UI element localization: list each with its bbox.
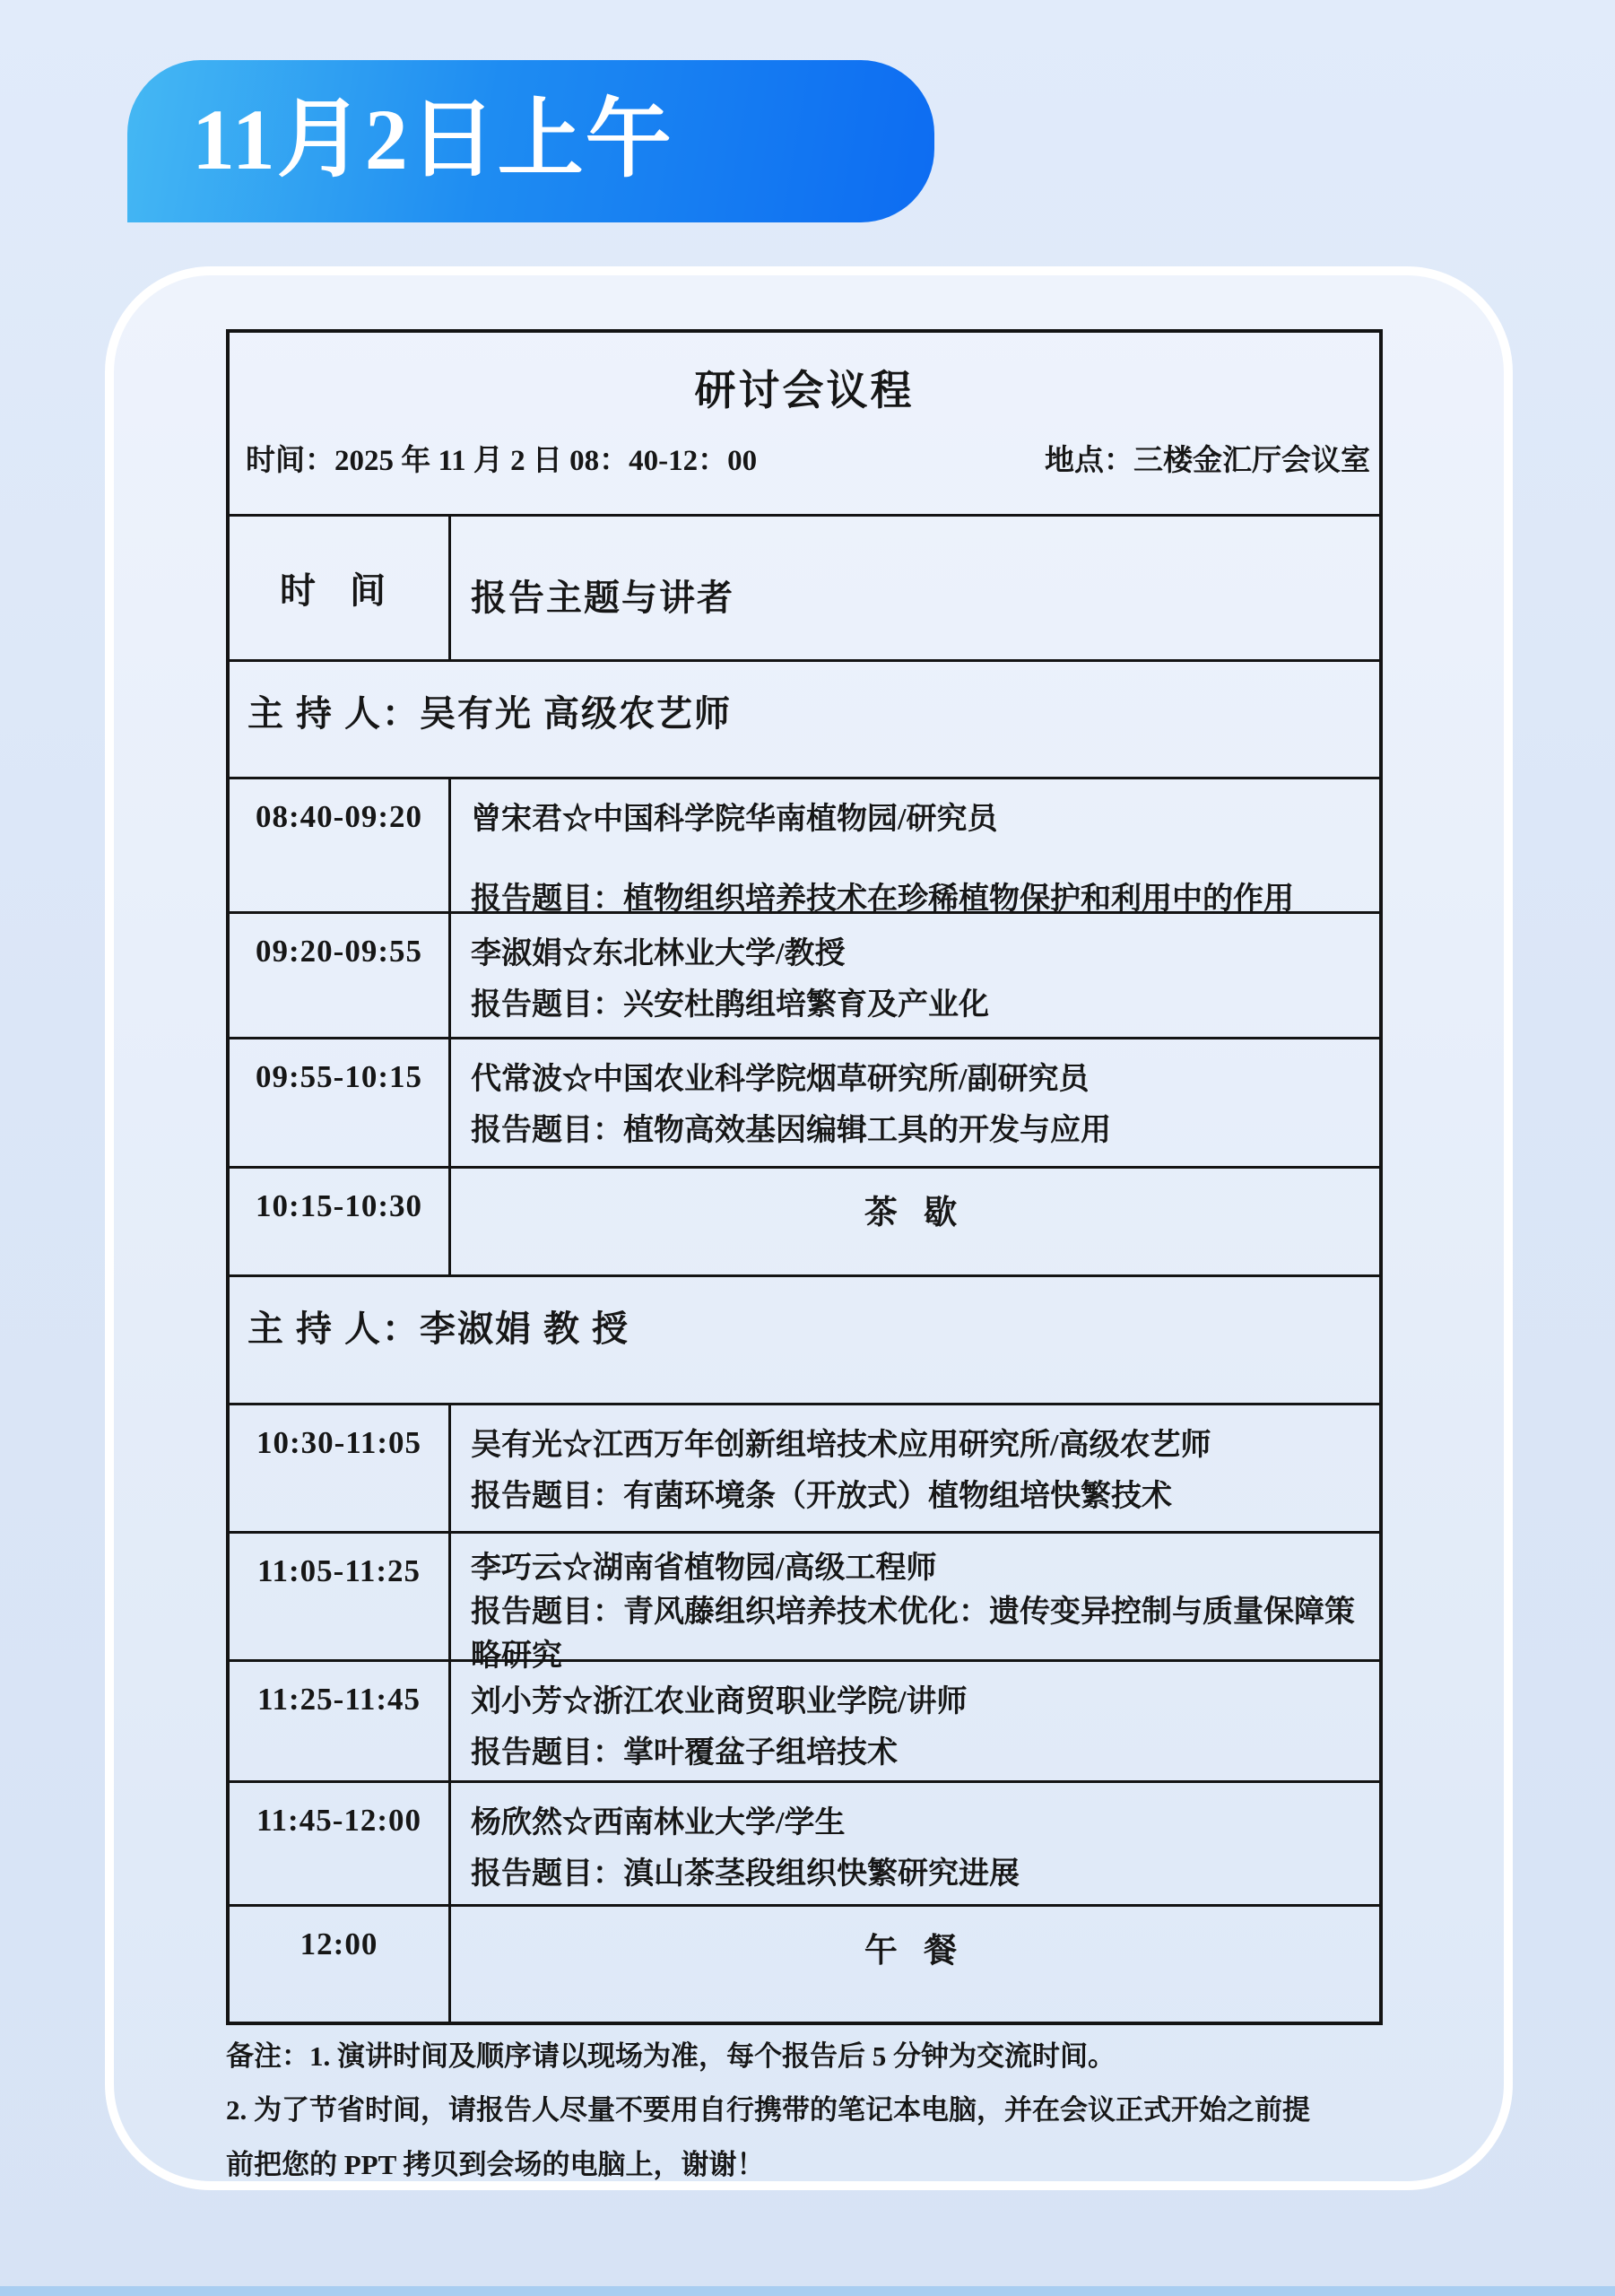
agenda-card: 研讨会议程 时间：2025 年 11 月 2 日 08：40-12：00 地点：… (105, 266, 1513, 2190)
session-speaker: 曾宋君☆中国科学院华南植物园/研究员 (471, 794, 1359, 838)
note-line: 备注：1. 演讲时间及顺序请以现场为准，每个报告后 5 分钟为交流时间。 (226, 2030, 1410, 2083)
date-badge: 11月2日上午 (127, 60, 934, 222)
session-content: 杨欣然☆西南林业大学/学生 报告题目：滇山茶茎段组织快繁研究进展 (451, 1783, 1379, 1904)
table-header-cell: 研讨会议程 时间：2025 年 11 月 2 日 08：40-12：00 地点：… (230, 333, 1379, 514)
agenda-meta: 时间：2025 年 11 月 2 日 08：40-12：00 地点：三楼金汇厅会… (230, 437, 1379, 479)
table-row: 11:25-11:45 刘小芳☆浙江农业商贸职业学院/讲师 报告题目：掌叶覆盆子… (230, 1659, 1379, 1780)
session-topic: 报告题目：植物高效基因编辑工具的开发与应用 (471, 1109, 1359, 1152)
note-line: 2. 为了节省时间，请报告人尽量不要用自行携带的笔记本电脑，并在会议正式开始之前… (226, 2083, 1410, 2137)
table-row: 10:30-11:05 吴有光☆江西万年创新组培技术应用研究所/高级农艺师 报告… (230, 1403, 1379, 1531)
column-header-topic: 报告主题与讲者 (451, 517, 1379, 659)
session-content: 吴有光☆江西万年创新组培技术应用研究所/高级农艺师 报告题目：有菌环境条（开放式… (451, 1405, 1379, 1531)
session-speaker: 杨欣然☆西南林业大学/学生 (471, 1797, 1359, 1841)
session-speaker: 吴有光☆江西万年创新组培技术应用研究所/高级农艺师 (471, 1420, 1359, 1464)
bottom-strip (0, 2286, 1615, 2296)
column-header-time: 时 间 (230, 517, 451, 659)
session-topic: 报告题目：掌叶覆盆子组培技术 (471, 1731, 1359, 1775)
table-row: 09:20-09:55 李淑娟☆东北林业大学/教授 报告题目：兴安杜鹃组培繁育及… (230, 911, 1379, 1037)
column-header-row: 时 间 报告主题与讲者 (230, 514, 1379, 659)
session-content: 李巧云☆湖南省植物园/高级工程师 报告题目：青风藤组织培养技术优化：遗传变异控制… (451, 1534, 1379, 1659)
moderator-label: 主 持 人：李淑娟 教 授 (230, 1277, 630, 1403)
break-label: 茶 歇 (451, 1169, 1379, 1274)
agenda-table: 研讨会议程 时间：2025 年 11 月 2 日 08：40-12：00 地点：… (226, 329, 1383, 2025)
agenda-time: 时间：2025 年 11 月 2 日 08：40-12：00 (246, 437, 757, 479)
session-time: 11:25-11:45 (230, 1662, 451, 1780)
agenda-location: 地点：三楼金汇厅会议室 (1045, 437, 1370, 479)
session-topic: 报告题目：滇山茶茎段组织快繁研究进展 (471, 1852, 1359, 1896)
session-speaker: 刘小芳☆浙江农业商贸职业学院/讲师 (471, 1676, 1359, 1720)
session-content: 代常波☆中国农业科学院烟草研究所/副研究员 报告题目：植物高效基因编辑工具的开发… (451, 1039, 1379, 1166)
moderator-row: 主 持 人：吴有光 高级农艺师 (230, 659, 1379, 777)
lunch-row: 12:00 午 餐 (230, 1904, 1379, 2025)
session-content: 刘小芳☆浙江农业商贸职业学院/讲师 报告题目：掌叶覆盆子组培技术 (451, 1662, 1379, 1780)
session-time: 08:40-09:20 (230, 779, 451, 911)
session-speaker: 代常波☆中国农业科学院烟草研究所/副研究员 (471, 1054, 1359, 1098)
session-time: 09:55-10:15 (230, 1039, 451, 1166)
agenda-title: 研讨会议程 (230, 358, 1379, 417)
moderator-row: 主 持 人：李淑娟 教 授 (230, 1274, 1379, 1403)
session-speaker: 李巧云☆湖南省植物园/高级工程师 (471, 1543, 1359, 1587)
session-speaker: 李淑娟☆东北林业大学/教授 (471, 928, 1359, 972)
session-time: 10:30-11:05 (230, 1405, 451, 1531)
session-content: 李淑娟☆东北林业大学/教授 报告题目：兴安杜鹃组培繁育及产业化 (451, 914, 1379, 1037)
session-topic: 报告题目：有菌环境条（开放式）植物组培快繁技术 (471, 1474, 1359, 1518)
session-time: 11:45-12:00 (230, 1783, 451, 1904)
table-row: 11:05-11:25 李巧云☆湖南省植物园/高级工程师 报告题目：青风藤组织培… (230, 1531, 1379, 1659)
lunch-label: 午 餐 (451, 1907, 1379, 2025)
session-topic: 报告题目：兴安杜鹃组培繁育及产业化 (471, 983, 1359, 1027)
session-time: 09:20-09:55 (230, 914, 451, 1037)
moderator-label: 主 持 人：吴有光 高级农艺师 (230, 662, 732, 777)
session-time: 11:05-11:25 (230, 1534, 451, 1659)
date-badge-label: 11月2日上午 (192, 97, 673, 183)
agenda-page: 11月2日上午 研讨会议程 时间：2025 年 11 月 2 日 08：40-1… (0, 0, 1615, 2296)
table-row: 08:40-09:20 曾宋君☆中国科学院华南植物园/研究员 报告题目：植物组织… (230, 777, 1379, 911)
table-row: 11:45-12:00 杨欣然☆西南林业大学/学生 报告题目：滇山茶茎段组织快繁… (230, 1780, 1379, 1904)
break-time: 10:15-10:30 (230, 1169, 451, 1274)
session-content: 曾宋君☆中国科学院华南植物园/研究员 报告题目：植物组织培养技术在珍稀植物保护和… (451, 779, 1379, 911)
lunch-time: 12:00 (230, 1907, 451, 2025)
note-line: 前把您的 PPT 拷贝到会场的电脑上，谢谢！ (226, 2138, 1410, 2192)
table-row: 09:55-10:15 代常波☆中国农业科学院烟草研究所/副研究员 报告题目：植… (230, 1037, 1379, 1166)
footer-notes: 备注：1. 演讲时间及顺序请以现场为准，每个报告后 5 分钟为交流时间。 2. … (226, 2030, 1410, 2192)
break-row: 10:15-10:30 茶 歇 (230, 1166, 1379, 1274)
